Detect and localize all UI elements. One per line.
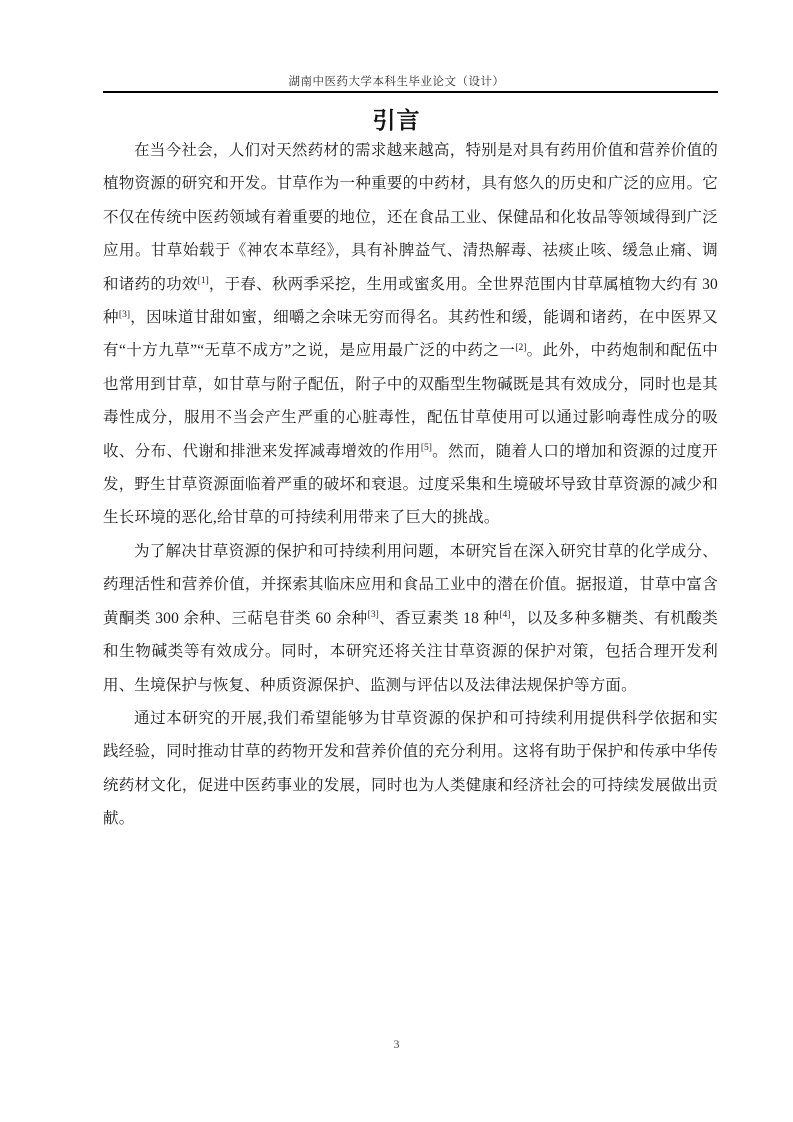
body-paragraph: 在当今社会，人们对天然药材的需求越来越高，特别是对具有药用价值和营养价值的植物资… <box>103 134 718 535</box>
body-paragraph: 为了解决甘草资源的保护和可持续利用问题，本研究旨在深入研究甘草的化学成分、药理活… <box>103 535 718 702</box>
citation-superscript: [4] <box>499 610 510 620</box>
running-header: 湖南中医药大学本科生毕业论文（设计） <box>0 73 793 89</box>
citation-superscript: [1] <box>198 276 209 286</box>
citation-superscript: [3] <box>119 310 130 320</box>
header-divider-rule <box>103 91 718 93</box>
page-number: 3 <box>0 1037 793 1052</box>
body-text-container: 在当今社会，人们对天然药材的需求越来越高，特别是对具有药用价值和营养价值的植物资… <box>103 134 718 836</box>
section-title: 引言 <box>0 102 793 135</box>
citation-superscript: [2] <box>515 343 526 353</box>
body-paragraph: 通过本研究的开展,我们希望能够为甘草资源的保护和可持续利用提供科学依据和实践经验… <box>103 702 718 836</box>
citation-superscript: [3] <box>368 610 379 620</box>
citation-superscript: [5] <box>421 443 432 453</box>
document-page: 湖南中医药大学本科生毕业论文（设计） 引言 在当今社会，人们对天然药材的需求越来… <box>0 0 793 1122</box>
